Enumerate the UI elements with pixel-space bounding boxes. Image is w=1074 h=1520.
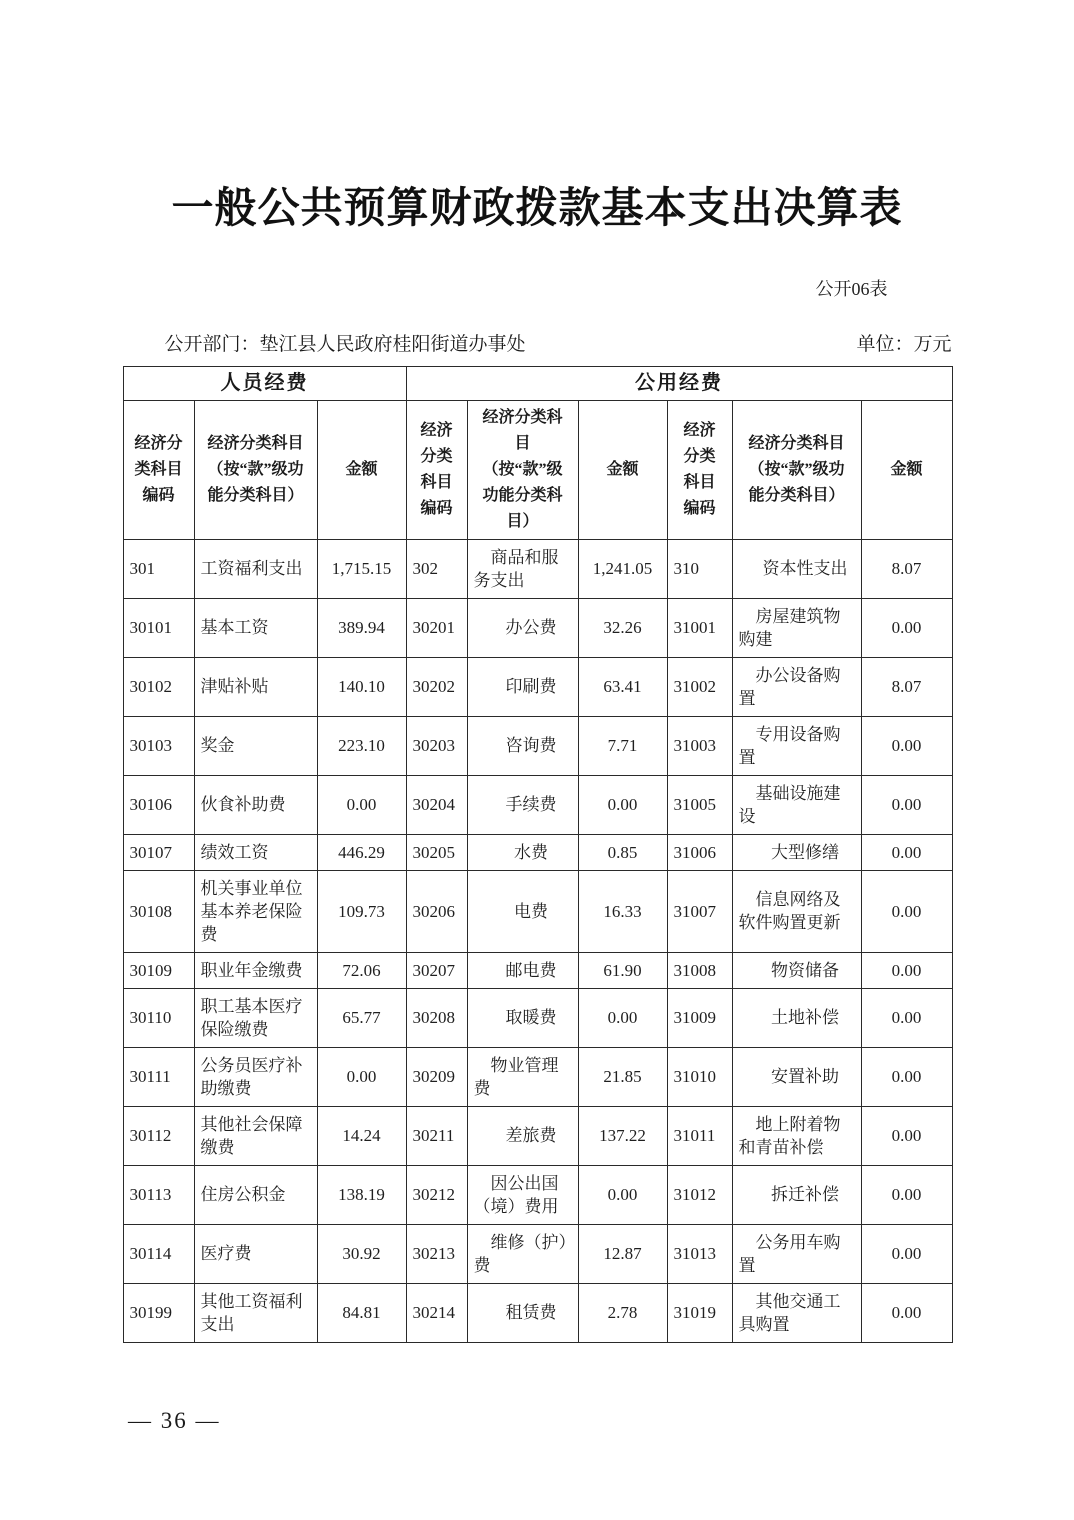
- code-cell: 30114: [123, 1224, 194, 1283]
- subject-cell: 职业年金缴费: [194, 952, 317, 988]
- table-row: 30111公务员医疗补助缴费0.0030209物业管理费21.8531010安置…: [123, 1047, 952, 1106]
- col-header-code-1: 经济分类科目编码: [123, 400, 194, 539]
- subject-text: 水费: [497, 841, 548, 864]
- subject-cell: 职工基本医疗保险缴费: [194, 988, 317, 1047]
- subject-cell: 公务用车购置: [732, 1224, 861, 1283]
- amount-cell: 14.24: [317, 1106, 406, 1165]
- amount-cell: 0.00: [861, 1106, 952, 1165]
- subject-text: 拆迁补偿: [754, 1183, 839, 1206]
- code-cell: 31005: [667, 775, 732, 834]
- amount-cell: 0.00: [861, 598, 952, 657]
- subject-cell: 奖金: [194, 716, 317, 775]
- amount-cell: 7.71: [578, 716, 667, 775]
- subject-text: 安置补助: [754, 1065, 839, 1088]
- content-area: 公开06表 公开部门：垫江县人民政府桂阳街道办事处 单位：万元 人员经费 公用经: [123, 275, 952, 1343]
- column-header-row: 经济分类科目编码 经济分类科目（按“款”级功能分类科目） 金额 经济分类科目编码…: [123, 400, 952, 539]
- amount-cell: 72.06: [317, 952, 406, 988]
- subject-text: 物业管理费: [474, 1054, 572, 1100]
- amount-cell: 0.00: [861, 1283, 952, 1342]
- code-cell: 30109: [123, 952, 194, 988]
- subject-cell: 邮电费: [467, 952, 578, 988]
- code-cell: 31006: [667, 834, 732, 870]
- subject-cell: 住房公积金: [194, 1165, 317, 1224]
- subject-cell: 专用设备购置: [732, 716, 861, 775]
- code-cell: 31003: [667, 716, 732, 775]
- subject-cell: 印刷费: [467, 657, 578, 716]
- amount-cell: 389.94: [317, 598, 406, 657]
- amount-cell: 0.00: [861, 1165, 952, 1224]
- code-cell: 301: [123, 539, 194, 598]
- subject-cell: 办公费: [467, 598, 578, 657]
- subject-cell: 绩效工资: [194, 834, 317, 870]
- subject-text: 大型修缮: [754, 841, 839, 864]
- table-row: 30108机关事业单位基本养老保险费109.7330206电费16.333100…: [123, 870, 952, 952]
- code-cell: 30111: [123, 1047, 194, 1106]
- subject-text: 办公费: [489, 616, 557, 639]
- col-header-subject-1: 经济分类科目（按“款”级功能分类科目）: [194, 400, 317, 539]
- code-cell: 30106: [123, 775, 194, 834]
- amount-cell: 30.92: [317, 1224, 406, 1283]
- code-cell: 30214: [406, 1283, 467, 1342]
- subject-text: 邮电费: [489, 959, 557, 982]
- meta-row: 公开部门：垫江县人民政府桂阳街道办事处 单位：万元: [123, 329, 952, 356]
- unit-label: 单位：万元: [856, 329, 951, 356]
- code-cell: 310: [667, 539, 732, 598]
- subject-text: 信息网络及软件购置更新: [739, 888, 855, 934]
- amount-cell: 0.00: [861, 952, 952, 988]
- subject-cell: 电费: [467, 870, 578, 952]
- document-page: 一般公共预算财政拨款基本支出决算表 公开06表 公开部门：垫江县人民政府桂阳街道…: [0, 0, 1074, 1520]
- group-header-public: 公用经费: [406, 366, 952, 400]
- code-cell: 30207: [406, 952, 467, 988]
- code-cell: 30211: [406, 1106, 467, 1165]
- subject-text: 公务用车购置: [739, 1231, 855, 1277]
- subject-cell: 伙食补助费: [194, 775, 317, 834]
- code-cell: 30208: [406, 988, 467, 1047]
- col-header-code-2: 经济分类科目编码: [406, 400, 467, 539]
- code-cell: 30204: [406, 775, 467, 834]
- subject-text: 物资储备: [754, 959, 839, 982]
- subject-text: 商品和服务支出: [474, 546, 572, 592]
- table-row: 30199其他工资福利支出84.8130214租赁费2.7831019其他交通工…: [123, 1283, 952, 1342]
- subject-text: 差旅费: [489, 1124, 557, 1147]
- code-cell: 31019: [667, 1283, 732, 1342]
- subject-text: 土地补偿: [754, 1006, 839, 1029]
- subject-cell: 信息网络及软件购置更新: [732, 870, 861, 952]
- subject-cell: 资本性支出: [732, 539, 861, 598]
- amount-cell: 84.81: [317, 1283, 406, 1342]
- subject-cell: 维修（护）费: [467, 1224, 578, 1283]
- subject-cell: 办公设备购置: [732, 657, 861, 716]
- subject-cell: 水费: [467, 834, 578, 870]
- subject-text: 咨询费: [489, 734, 557, 757]
- code-cell: 31008: [667, 952, 732, 988]
- amount-cell: 0.00: [317, 1047, 406, 1106]
- subject-text: 手续费: [489, 793, 557, 816]
- table-row: 30107绩效工资446.2930205水费0.8531006大型修缮0.00: [123, 834, 952, 870]
- amount-cell: 0.00: [578, 1165, 667, 1224]
- table-row: 30103奖金223.1030203咨询费7.7131003专用设备购置0.00: [123, 716, 952, 775]
- page-number: — 36 —: [128, 1408, 221, 1434]
- code-cell: 31002: [667, 657, 732, 716]
- code-cell: 302: [406, 539, 467, 598]
- table-tag: 公开06表: [123, 275, 952, 301]
- amount-cell: 446.29: [317, 834, 406, 870]
- amount-cell: 16.33: [578, 870, 667, 952]
- amount-cell: 32.26: [578, 598, 667, 657]
- subject-cell: 土地补偿: [732, 988, 861, 1047]
- subject-text: 办公设备购置: [739, 664, 855, 710]
- subject-text: 租赁费: [489, 1301, 557, 1324]
- amount-cell: 0.00: [317, 775, 406, 834]
- subject-text: 取暖费: [489, 1006, 557, 1029]
- amount-cell: 0.00: [861, 1224, 952, 1283]
- table-row: 30113住房公积金138.1930212因公出国（境）费用0.0031012拆…: [123, 1165, 952, 1224]
- subject-text: 地上附着物和青苗补偿: [739, 1113, 855, 1159]
- code-cell: 30108: [123, 870, 194, 952]
- amount-cell: 2.78: [578, 1283, 667, 1342]
- amount-cell: 0.00: [578, 775, 667, 834]
- code-cell: 31007: [667, 870, 732, 952]
- subject-cell: 机关事业单位基本养老保险费: [194, 870, 317, 952]
- code-cell: 31013: [667, 1224, 732, 1283]
- subject-cell: 物资储备: [732, 952, 861, 988]
- amount-cell: 0.00: [861, 988, 952, 1047]
- amount-cell: 109.73: [317, 870, 406, 952]
- code-cell: 30209: [406, 1047, 467, 1106]
- subject-cell: 商品和服务支出: [467, 539, 578, 598]
- amount-cell: 137.22: [578, 1106, 667, 1165]
- amount-cell: 1,715.15: [317, 539, 406, 598]
- table-row: 30106伙食补助费0.0030204手续费0.0031005基础设施建设0.0…: [123, 775, 952, 834]
- subject-text: 印刷费: [489, 675, 557, 698]
- group-header-row: 人员经费 公用经费: [123, 366, 952, 400]
- code-cell: 30102: [123, 657, 194, 716]
- subject-text: 维修（护）费: [474, 1231, 572, 1277]
- table-row: 30110职工基本医疗保险缴费65.7730208取暖费0.0031009土地补…: [123, 988, 952, 1047]
- amount-cell: 140.10: [317, 657, 406, 716]
- code-cell: 30213: [406, 1224, 467, 1283]
- subject-cell: 拆迁补偿: [732, 1165, 861, 1224]
- code-cell: 30203: [406, 716, 467, 775]
- code-cell: 30199: [123, 1283, 194, 1342]
- subject-text: 其他交通工具购置: [739, 1290, 855, 1336]
- subject-cell: 其他交通工具购置: [732, 1283, 861, 1342]
- code-cell: 30101: [123, 598, 194, 657]
- code-cell: 30112: [123, 1106, 194, 1165]
- col-header-amount-3: 金额: [861, 400, 952, 539]
- subject-cell: 取暖费: [467, 988, 578, 1047]
- page-title: 一般公共预算财政拨款基本支出决算表: [0, 0, 1074, 235]
- code-cell: 31010: [667, 1047, 732, 1106]
- col-header-code-3: 经济分类科目编码: [667, 400, 732, 539]
- code-cell: 30113: [123, 1165, 194, 1224]
- amount-cell: 1,241.05: [578, 539, 667, 598]
- table-row: 30114医疗费30.9230213维修（护）费12.8731013公务用车购置…: [123, 1224, 952, 1283]
- table-row: 301工资福利支出1,715.15302商品和服务支出1,241.05310资本…: [123, 539, 952, 598]
- col-header-subject-2: 经济分类科目（按“款”级功能分类科目）: [467, 400, 578, 539]
- amount-cell: 8.07: [861, 539, 952, 598]
- subject-text: 因公出国（境）费用: [474, 1172, 572, 1218]
- amount-cell: 223.10: [317, 716, 406, 775]
- subject-text: 电费: [497, 900, 548, 923]
- subject-cell: 公务员医疗补助缴费: [194, 1047, 317, 1106]
- code-cell: 31012: [667, 1165, 732, 1224]
- amount-cell: 0.00: [861, 834, 952, 870]
- subject-cell: 津贴补贴: [194, 657, 317, 716]
- code-cell: 30201: [406, 598, 467, 657]
- group-header-personnel: 人员经费: [123, 366, 406, 400]
- subject-cell: 其他工资福利支出: [194, 1283, 317, 1342]
- code-cell: 31011: [667, 1106, 732, 1165]
- amount-cell: 138.19: [317, 1165, 406, 1224]
- col-header-subject-3: 经济分类科目（按“款”级功能分类科目）: [732, 400, 861, 539]
- subject-cell: 工资福利支出: [194, 539, 317, 598]
- subject-cell: 其他社会保障缴费: [194, 1106, 317, 1165]
- col-header-amount-2: 金额: [578, 400, 667, 539]
- code-cell: 30107: [123, 834, 194, 870]
- amount-cell: 0.00: [578, 988, 667, 1047]
- subject-cell: 安置补助: [732, 1047, 861, 1106]
- amount-cell: 61.90: [578, 952, 667, 988]
- subject-cell: 手续费: [467, 775, 578, 834]
- code-cell: 30103: [123, 716, 194, 775]
- budget-table: 人员经费 公用经费 经济分类科目编码 经济分类科目（按“款”级功能分类科目） 金…: [123, 366, 953, 1343]
- subject-cell: 基础设施建设: [732, 775, 861, 834]
- code-cell: 30206: [406, 870, 467, 952]
- subject-cell: 差旅费: [467, 1106, 578, 1165]
- subject-cell: 大型修缮: [732, 834, 861, 870]
- code-cell: 30202: [406, 657, 467, 716]
- amount-cell: 0.00: [861, 1047, 952, 1106]
- table-row: 30102津贴补贴140.1030202印刷费63.4131002办公设备购置8…: [123, 657, 952, 716]
- subject-cell: 因公出国（境）费用: [467, 1165, 578, 1224]
- amount-cell: 21.85: [578, 1047, 667, 1106]
- subject-text: 专用设备购置: [739, 723, 855, 769]
- amount-cell: 63.41: [578, 657, 667, 716]
- amount-cell: 0.00: [861, 775, 952, 834]
- amount-cell: 0.85: [578, 834, 667, 870]
- amount-cell: 8.07: [861, 657, 952, 716]
- subject-cell: 物业管理费: [467, 1047, 578, 1106]
- subject-cell: 租赁费: [467, 1283, 578, 1342]
- subject-text: 房屋建筑物购建: [739, 605, 855, 651]
- code-cell: 31009: [667, 988, 732, 1047]
- amount-cell: 0.00: [861, 870, 952, 952]
- table-body: 301工资福利支出1,715.15302商品和服务支出1,241.05310资本…: [123, 539, 952, 1342]
- subject-cell: 地上附着物和青苗补偿: [732, 1106, 861, 1165]
- subject-cell: 房屋建筑物购建: [732, 598, 861, 657]
- code-cell: 30110: [123, 988, 194, 1047]
- amount-cell: 12.87: [578, 1224, 667, 1283]
- table-row: 30101基本工资389.9430201办公费32.2631001房屋建筑物购建…: [123, 598, 952, 657]
- amount-cell: 0.00: [861, 716, 952, 775]
- code-cell: 30205: [406, 834, 467, 870]
- table-row: 30109职业年金缴费72.0630207邮电费61.9031008物资储备0.…: [123, 952, 952, 988]
- subject-text: 基础设施建设: [739, 782, 855, 828]
- table-row: 30112其他社会保障缴费14.2430211差旅费137.2231011地上附…: [123, 1106, 952, 1165]
- subject-cell: 医疗费: [194, 1224, 317, 1283]
- department-label: 公开部门：垫江县人民政府桂阳街道办事处: [123, 329, 526, 356]
- amount-cell: 65.77: [317, 988, 406, 1047]
- subject-cell: 基本工资: [194, 598, 317, 657]
- code-cell: 30212: [406, 1165, 467, 1224]
- col-header-amount-1: 金额: [317, 400, 406, 539]
- subject-cell: 咨询费: [467, 716, 578, 775]
- code-cell: 31001: [667, 598, 732, 657]
- subject-text: 资本性支出: [746, 557, 848, 580]
